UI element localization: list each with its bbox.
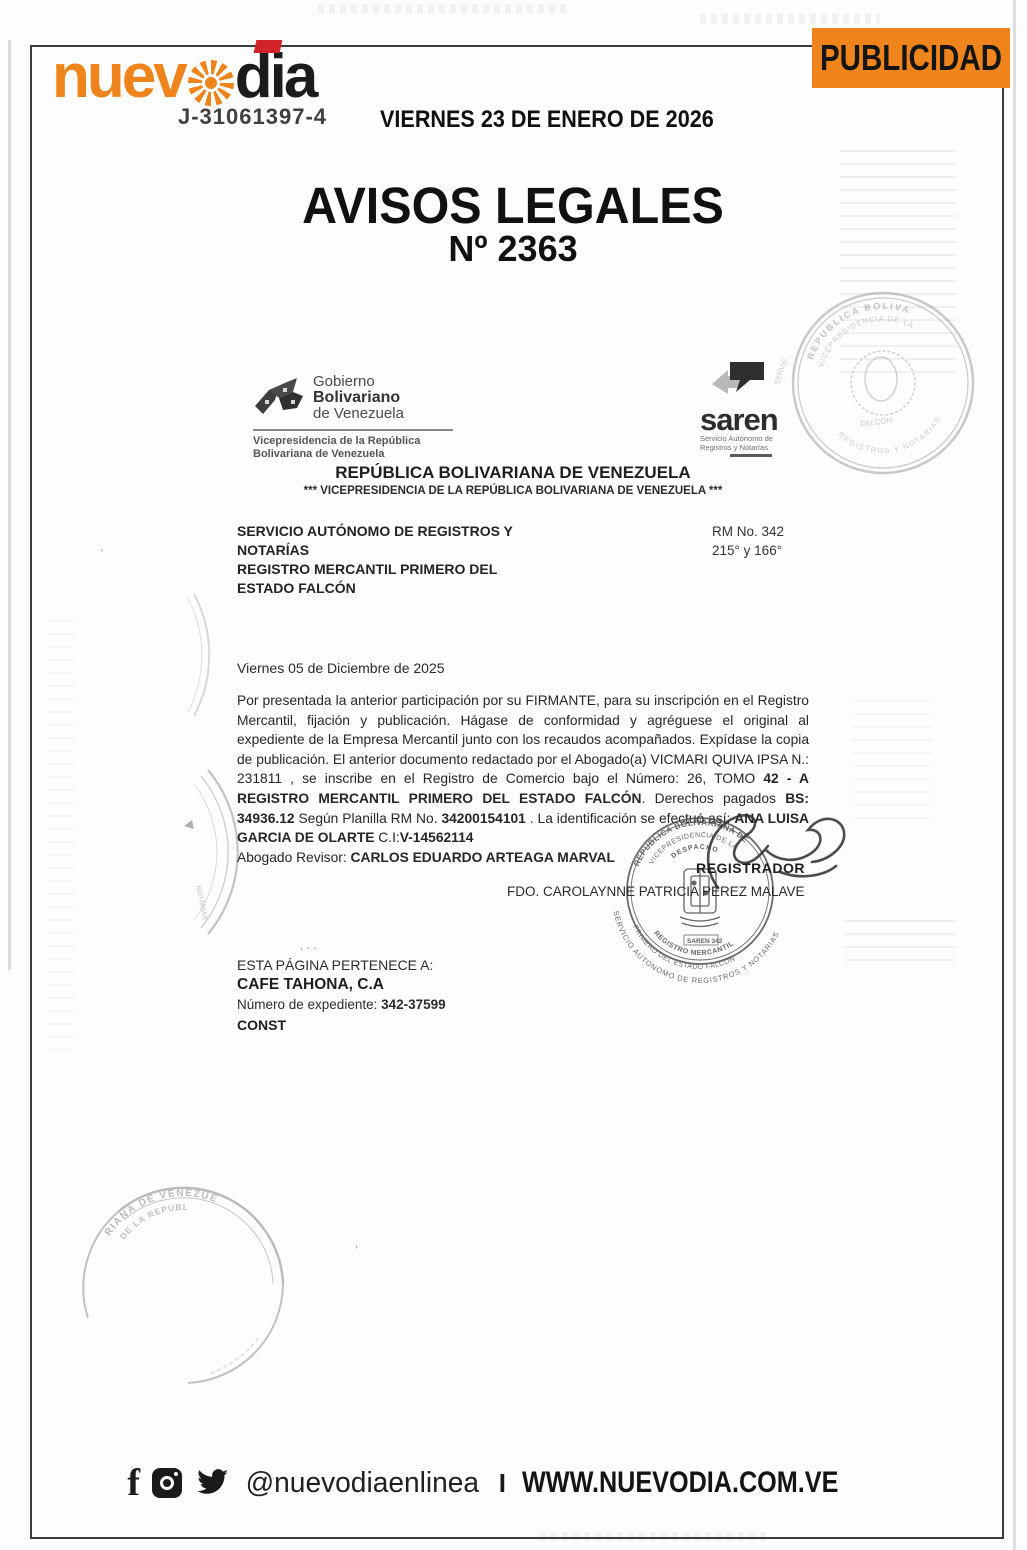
republic-heading: REPÚBLICA BOLIVARIANA DE VENEZUELA: [63, 463, 963, 483]
sun-icon: [188, 60, 234, 106]
document-date: Viernes 05 de Diciembre de 2025: [237, 660, 445, 676]
registry-office-block: SERVICIO AUTÓNOMO DE REGISTROS Y NOTARÍA…: [237, 522, 513, 598]
scan-artifact: [318, 4, 568, 14]
social-handle: @nuevodiaenlinea: [246, 1467, 479, 1500]
stamp-arc-ghost: NOTARIAS: [100, 768, 250, 938]
const-label: CONST: [237, 1015, 446, 1035]
scan-artifact: [700, 14, 880, 24]
svg-text:REPUBLICA BOLIVA: REPUBLICA BOLIVA: [805, 301, 912, 361]
office-line: NOTARÍAS: [237, 541, 513, 560]
vicepresidency-subheading: *** VICEPRESIDENCIA DE LA REPÚBLICA BOLI…: [63, 485, 963, 497]
website-url: WWW.NUEVODIA.COM.VE: [522, 1466, 838, 1500]
svg-text:SAREN 342: SAREN 342: [687, 938, 723, 945]
facebook-icon: f: [127, 1466, 140, 1500]
twitter-icon: [194, 1468, 230, 1498]
stamp-arc-ghost: [128, 590, 238, 720]
official-stamp-faint-bottom: RIANA DE VENEZUE DE LA REPUBL: [58, 1158, 308, 1408]
footer-social-bar: f @nuevodiaenlinea I WWW.NUEVODIA.COM.VE: [63, 1466, 963, 1500]
logo-registration-number: J-31061397-4: [178, 104, 327, 130]
signed-by-line: FDO. CAROLAYNNE PATRICIA PEREZ MALAVE: [507, 884, 805, 899]
gov-logo-line1: Gobierno: [313, 374, 463, 390]
nuevodia-logo: nuev dia: [52, 46, 315, 108]
svg-text:SERVIC: SERVIC: [772, 356, 789, 386]
gov-logo-divider: [253, 429, 453, 431]
logo-text-black: dia: [235, 46, 316, 108]
gov-logo-line2: Bolivariano: [313, 390, 463, 406]
expediente-line: Número de expediente: 342-37599: [237, 995, 446, 1015]
saren-arrows-icon: [706, 358, 772, 400]
ownership-label: ESTA PÁGINA PERTENECE A:: [237, 955, 446, 975]
gov-logo-sub1: Vicepresidencia de la República: [253, 435, 463, 448]
office-line: REGISTRO MERCANTIL PRIMERO DEL: [237, 560, 513, 579]
edition-date: VIERNES 23 DE ENERO DE 2026: [380, 106, 714, 134]
svg-text:FALCON: FALCON: [860, 416, 893, 429]
instagram-icon: [152, 1468, 182, 1498]
gov-logo-line3: de Venezuela: [313, 406, 463, 422]
gobierno-bolivariano-logo: Gobierno Bolivariano de Venezuela Vicepr…: [253, 374, 463, 461]
company-name: CAFE TAHONA, C.A: [237, 975, 446, 995]
rm-number: RM No. 342: [712, 522, 784, 541]
footer-separator: I: [499, 1468, 506, 1499]
flag-icon: [253, 376, 309, 424]
registrador-title: REGISTRADOR: [696, 860, 805, 876]
scan-edge-line: [8, 40, 11, 970]
gov-logo-sub2: Bolivariana de Venezuela: [253, 448, 463, 461]
edition-number: Nº 2363: [63, 228, 963, 270]
svg-text:NOTARIAS: NOTARIAS: [194, 885, 208, 921]
office-line: ESTADO FALCÓN: [237, 579, 513, 598]
publicidad-label: PUBLICIDAD: [820, 37, 1002, 79]
logo-text-orange: nuev: [52, 46, 185, 108]
publicidad-banner: PUBLICIDAD: [812, 28, 1010, 88]
rm-number-block: RM No. 342 215° y 166°: [712, 522, 784, 560]
rm-degrees: 215° y 166°: [712, 541, 784, 560]
newspaper-legal-page: . , . . , nuev dia J-31061397-4 VIERNES …: [0, 0, 1027, 1550]
logo-red-accent: [254, 40, 283, 53]
scan-edge-line: [1013, 0, 1016, 1550]
office-line: SERVICIO AUTÓNOMO DE REGISTROS Y: [237, 522, 513, 541]
page-ownership-block: ESTA PÁGINA PERTENECE A: CAFE TAHONA, C.…: [237, 955, 446, 1035]
section-title: AVISOS LEGALES: [63, 176, 963, 235]
